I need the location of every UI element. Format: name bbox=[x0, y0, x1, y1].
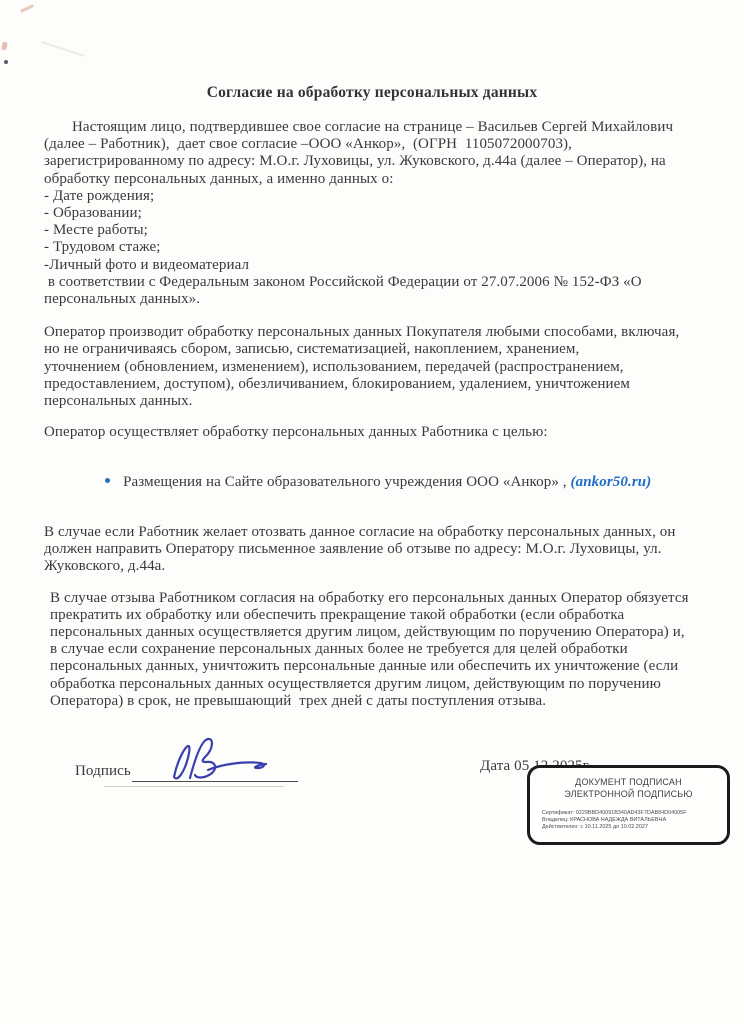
text-line: предоставлением, доступом), обезличивани… bbox=[44, 376, 710, 393]
text-line: должен направить Оператору письменное за… bbox=[44, 541, 710, 558]
revocation-paragraph: В случае отзыва Работником согласия на о… bbox=[44, 590, 710, 710]
text-line: Настоящим лицо, подтвердившее свое согла… bbox=[44, 119, 710, 136]
bullet-icon bbox=[105, 478, 110, 483]
signature-line bbox=[132, 754, 298, 782]
text-line: уточнением (обновлением, изменением), ис… bbox=[44, 359, 710, 376]
scan-artifact-gray-streak bbox=[41, 41, 85, 57]
text-line: персональных данных». bbox=[44, 291, 710, 308]
text-line: в случае если сохранение персональных да… bbox=[50, 641, 710, 658]
text-line: В случае отзыва Работником согласия на о… bbox=[50, 590, 710, 607]
handwritten-signature-icon bbox=[160, 735, 292, 787]
text-line: в соответствии с Федеральным законом Рос… bbox=[44, 274, 710, 291]
text-line: Жуковского, д.44а. bbox=[44, 558, 710, 575]
text-line: (далее – Работник), дает свое согласие –… bbox=[44, 136, 710, 153]
stamp-title: ДОКУМЕНТ ПОДПИСАН ЭЛЕКТРОННОЙ ПОДПИСЬЮ bbox=[530, 777, 727, 800]
purpose-paragraph: Оператор осуществляет обработку персонал… bbox=[44, 424, 710, 441]
text-line: - Образовании; bbox=[44, 205, 710, 222]
text-line: обработка персональных данных осуществля… bbox=[50, 676, 710, 693]
text-line: - Дате рождения; bbox=[44, 188, 710, 205]
purpose-text: Оператор осуществляет обработку персонал… bbox=[44, 424, 548, 440]
text-line: - Трудовом стаже; bbox=[44, 239, 710, 256]
text-line: - Месте работы; bbox=[44, 222, 710, 239]
processing-paragraph: Оператор производит обработку персональн… bbox=[44, 324, 710, 410]
scanned-document-page: Согласие на обработку персональных данны… bbox=[0, 0, 744, 1024]
text-line: обработку персональных данных, а именно … bbox=[44, 171, 710, 188]
withdraw-paragraph: В случае если Работник желает отозвать д… bbox=[44, 524, 710, 576]
text-line: зарегистрированному по адресу: М.О.г. Лу… bbox=[44, 153, 710, 170]
scan-artifact-red-speck bbox=[1, 42, 8, 51]
text-line: но не ограничиваясь сбором, записью, сис… bbox=[44, 341, 710, 358]
stamp-validity: Действителен: с 10.11.2025 до 10.02.2027 bbox=[542, 823, 739, 830]
esignature-stamp: ДОКУМЕНТ ПОДПИСАН ЭЛЕКТРОННОЙ ПОДПИСЬЮ С… bbox=[527, 765, 730, 845]
signature-label: Подпись bbox=[75, 763, 131, 780]
text-line: персональных данных осуществляется други… bbox=[50, 624, 710, 641]
scan-faint-line bbox=[104, 786, 284, 787]
text-line: -Личный фото и видеоматериал bbox=[44, 257, 710, 274]
document-title: Согласие на обработку персональных данны… bbox=[0, 84, 744, 102]
stamp-details: Сертификат: 0229BBD40091B340AD43F7DAB84D… bbox=[542, 809, 739, 831]
scan-artifact-red-stroke bbox=[20, 4, 34, 13]
intro-paragraph: Настоящим лицо, подтвердившее свое согла… bbox=[44, 119, 710, 308]
text-line: персональных данных. bbox=[44, 393, 710, 410]
scan-artifact-ink-dot bbox=[4, 60, 8, 64]
text-line: прекратить их обработку или обеспечить п… bbox=[50, 607, 710, 624]
text-line: Оператор производит обработку персональн… bbox=[44, 324, 710, 341]
stamp-owner: Владелец: КРАСНОВА НАДЕЖДА ВИТАЛЬЕВНА bbox=[542, 816, 739, 823]
site-link[interactable]: (ankor50.ru) bbox=[571, 474, 652, 490]
text-line: персональных данных, уничтожить персонал… bbox=[50, 658, 710, 675]
purpose-bullet-item: Размещения на Сайте образовательного учр… bbox=[82, 456, 710, 508]
text-line: Оператора) в срок, не превышающий трех д… bbox=[50, 693, 710, 710]
document-body: Настоящим лицо, подтвердившее свое согла… bbox=[44, 119, 710, 800]
stamp-certificate: Сертификат: 0229BBD40091B340AD43F7DAB84D… bbox=[542, 809, 739, 816]
text-line: В случае если Работник желает отозвать д… bbox=[44, 524, 710, 541]
stamp-title-line2: ЭЛЕКТРОННОЙ ПОДПИСЬЮ bbox=[530, 789, 727, 801]
stamp-title-line1: ДОКУМЕНТ ПОДПИСАН bbox=[530, 777, 727, 789]
bullet-text: Размещения на Сайте образовательного учр… bbox=[123, 474, 570, 490]
